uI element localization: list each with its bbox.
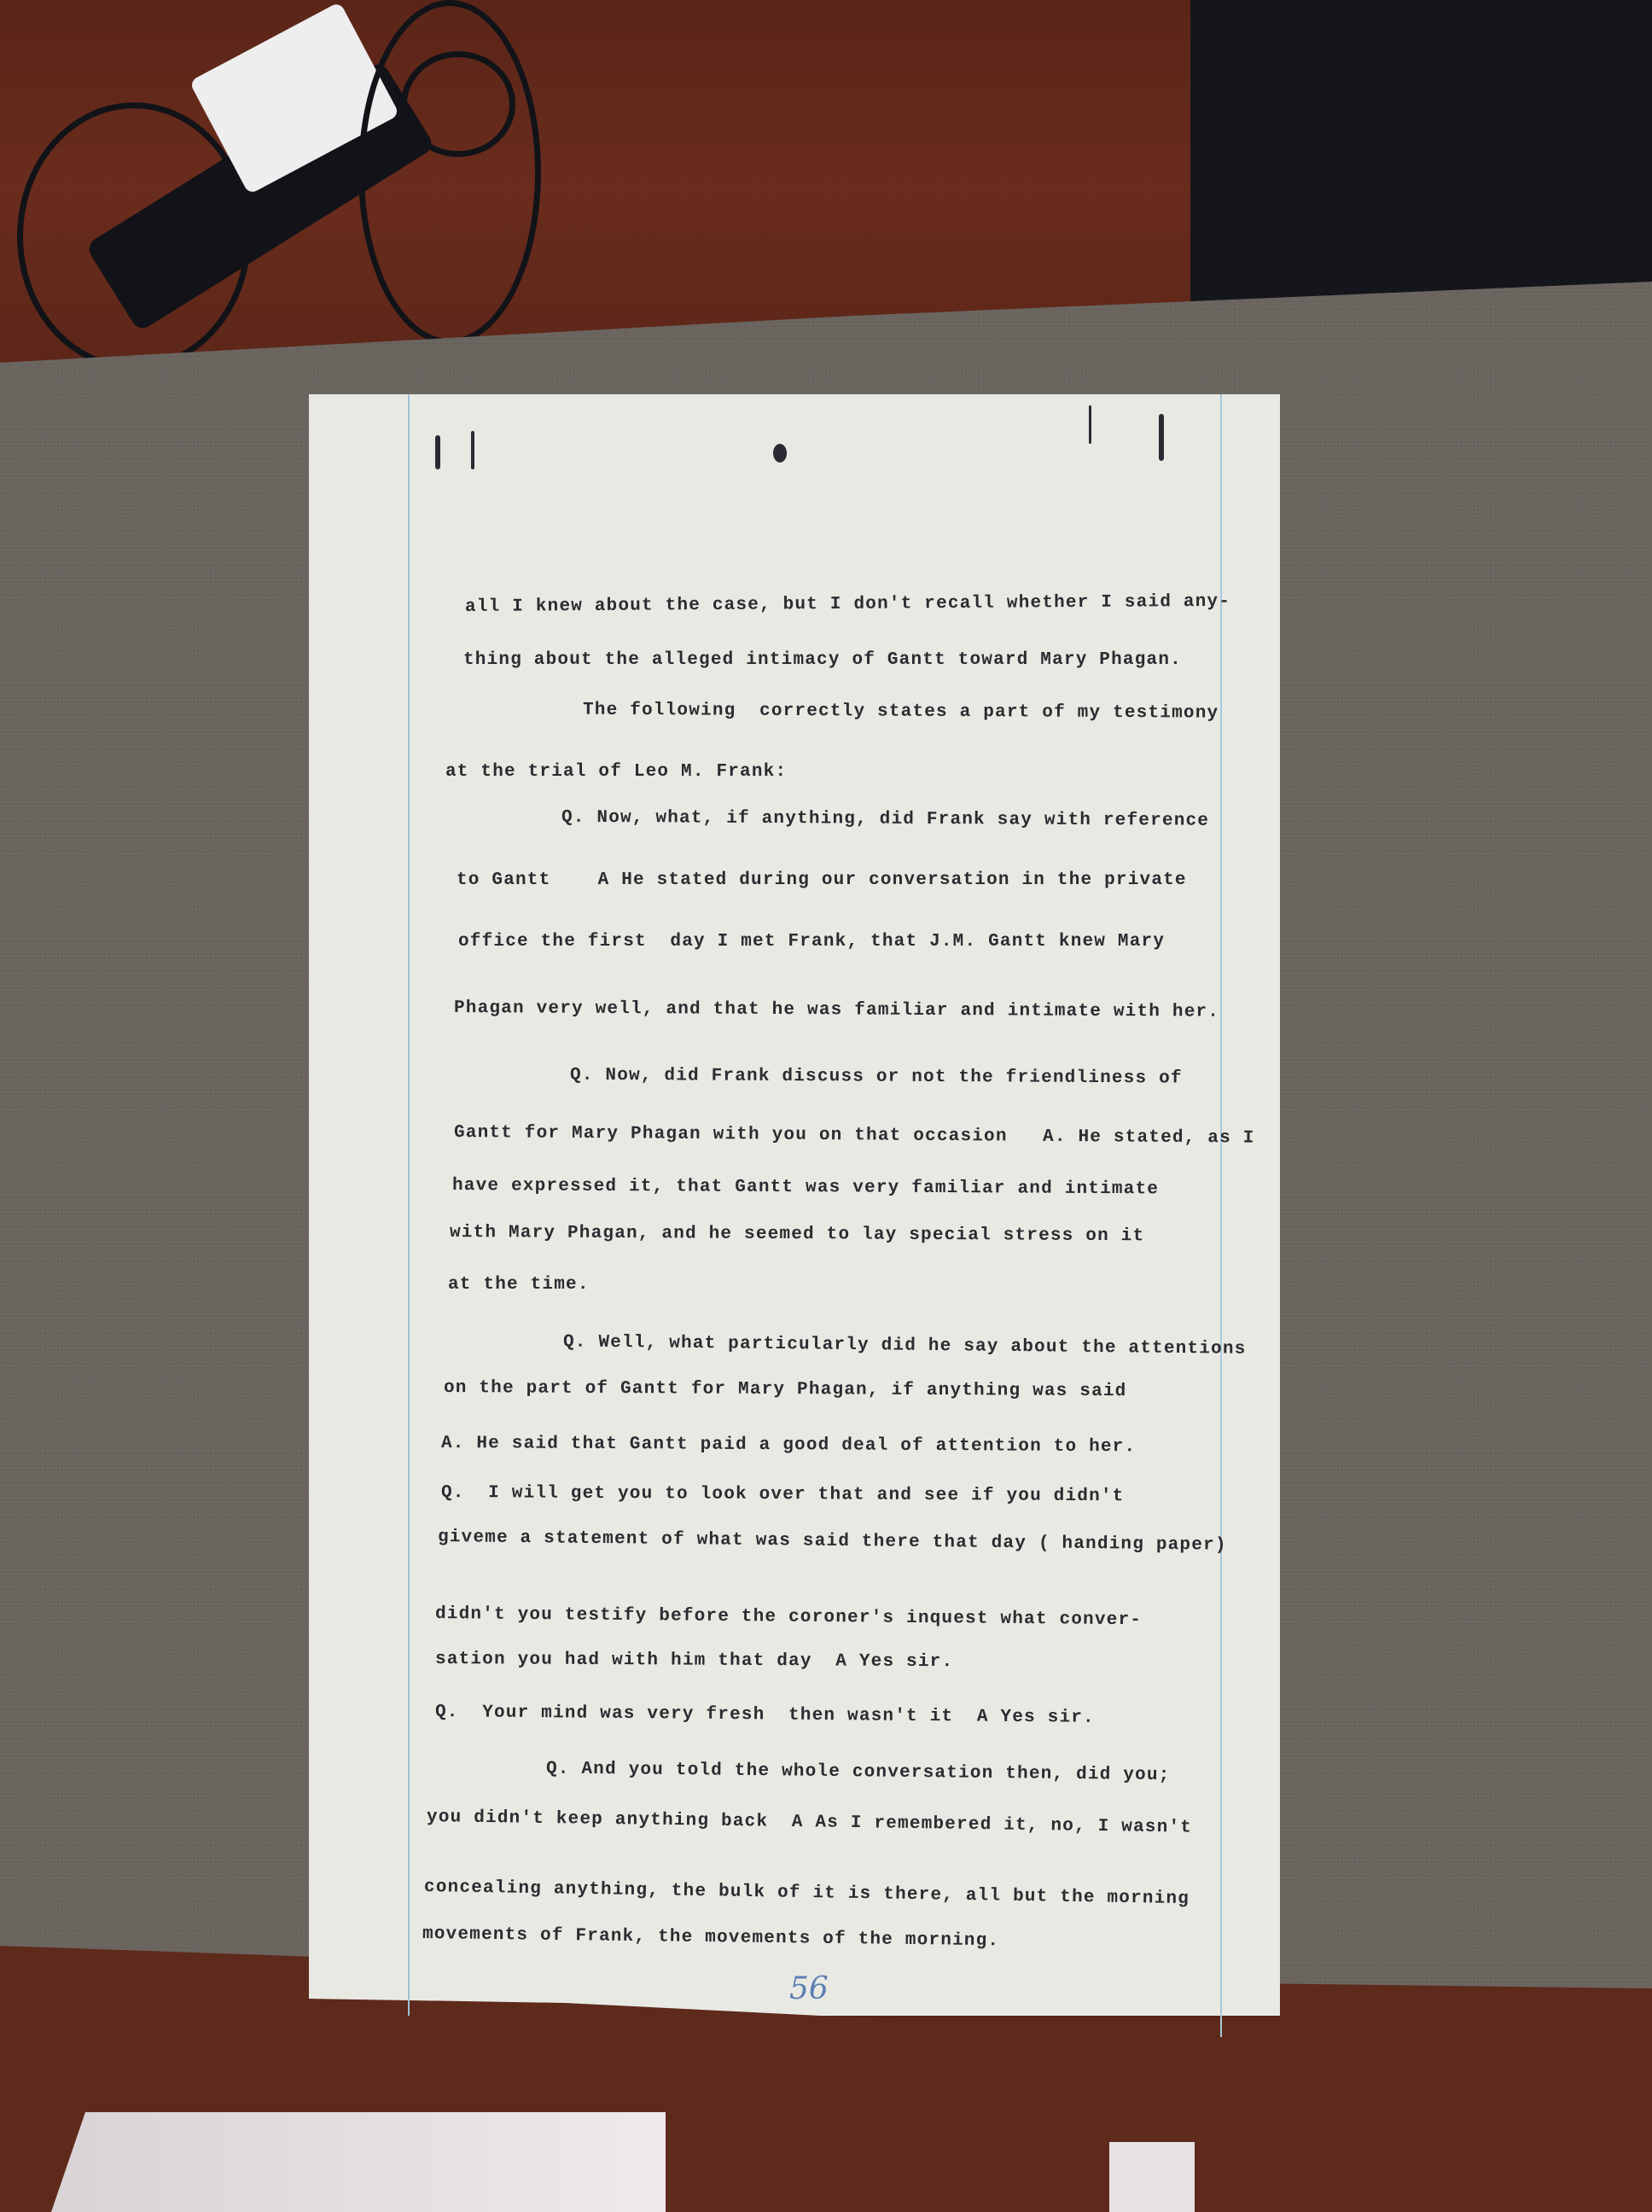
cable-loop (17, 102, 251, 370)
page-number: 56 (789, 1971, 829, 2006)
document-line: thing about the alleged intimacy of Gant… (463, 650, 1182, 670)
document-line: Phagan very well, and that he was famili… (454, 998, 1219, 1022)
punch-hole (773, 444, 787, 463)
document-line: Q. I will get you to look over that and … (441, 1483, 1125, 1506)
document-line: The following correctly states a part of… (465, 700, 1219, 724)
document-line: to Gantt A He stated during our conversa… (457, 870, 1187, 890)
margin-line-right (1220, 394, 1222, 2037)
staple-hole (435, 435, 440, 469)
document-line: with Mary Phagan, and he seemed to lay s… (450, 1223, 1144, 1246)
document-line: on the part of Gantt for Mary Phagan, if… (444, 1378, 1127, 1401)
staple-hole (471, 431, 474, 469)
staple-hole (1089, 405, 1091, 444)
document-line: at the time. (448, 1275, 590, 1295)
document-line: Q. Now, did Frank discuss or not the fri… (452, 1065, 1183, 1088)
floor-light-left (51, 2112, 666, 2212)
document-line: at the trial of Leo M. Frank: (445, 762, 787, 782)
document-line: A. He said that Gantt paid a good deal o… (441, 1434, 1136, 1457)
document-line: sation you had with him that day A Yes s… (435, 1650, 953, 1672)
margin-line-left (408, 394, 410, 2016)
document-line: have expressed it, that Gantt was very f… (452, 1176, 1159, 1199)
floor-light-right (1109, 2142, 1195, 2212)
cable-loop (401, 51, 515, 157)
document-line: office the first day I met Frank, that J… (458, 932, 1165, 952)
staple-hole (1159, 414, 1164, 461)
document-line: Q. Now, what, if anything, did Frank say… (444, 807, 1209, 831)
